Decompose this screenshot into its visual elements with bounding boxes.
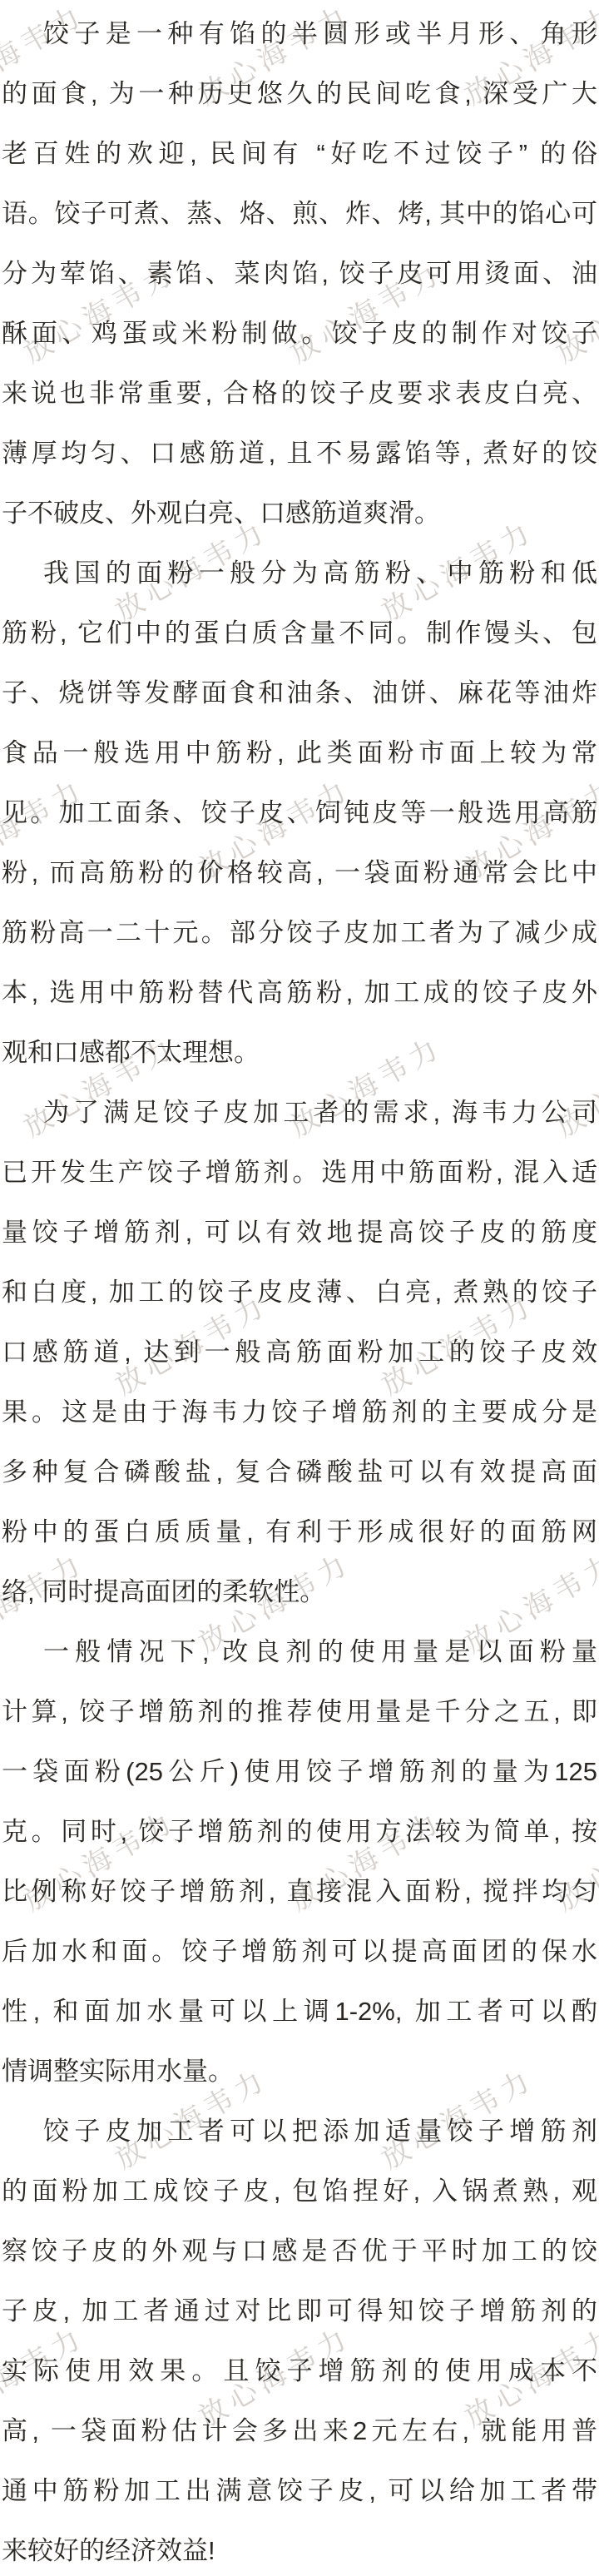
text-line: 来说也非常重要, 合格的饺子皮要求表皮白亮、 <box>2 364 597 424</box>
text-line: 一袋面粉(25公斤)使用饺子增筋剂的量为125 <box>2 1742 597 1802</box>
text-line: 饺子皮加工者可以把添加适量饺子增筋剂 <box>2 2102 597 2162</box>
text-line: 量饺子增筋剂, 可以有效地提高饺子皮的筋度 <box>2 1203 597 1263</box>
text-line: 分为荤馅、素馅、菜肉馅, 饺子皮可用烫面、油 <box>2 244 597 304</box>
text-line: 观和口感都不太理想。 <box>2 1023 597 1083</box>
text-line: 性, 和面加水量可以上调1-2%, 加工者可以酌 <box>2 1982 597 2042</box>
text-line: 果。这是由于海韦力饺子增筋剂的主要成分是 <box>2 1382 597 1442</box>
text-line: 饺子是一种有馅的半圆形或半月形、角形 <box>2 4 597 64</box>
text-line: 子皮, 加工者通过对比即可得知饺子增筋剂的 <box>2 2281 597 2341</box>
paragraph: 为了满足饺子皮加工者的需求, 海韦力公司已开发生产饺子增筋剂。选用中筋面粉, 混… <box>2 1083 597 1622</box>
text-line: 本, 选用中筋粉替代高筋粉, 加工成的饺子皮外 <box>2 963 597 1023</box>
text-line: 后加水和面。饺子增筋剂可以提高面团的保水 <box>2 1922 597 1982</box>
text-line: 计算, 饺子增筋剂的推荐使用量是千分之五, 即 <box>2 1682 597 1742</box>
text-line: 筋粉高一二十元。部分饺子皮加工者为了减少成 <box>2 903 597 963</box>
text-line: 的面粉加工成饺子皮, 包馅捏好, 入锅煮熟, 观 <box>2 2162 597 2221</box>
text-line: 粉, 而高筋粉的价格较高, 一袋面粉通常会比中 <box>2 843 597 903</box>
text-line: 通中筋粉加工出满意饺子皮, 可以给加工者带 <box>2 2461 597 2521</box>
text-line: 老百姓的欢迎, 民间有 “好吃不过饺子” 的俗 <box>2 124 597 184</box>
text-line: 筋粉, 它们中的蛋白质含量不同。制作馒头、包 <box>2 603 597 663</box>
text-line: 酥面、鸡蛋或米粉制做。饺子皮的制作对饺子 <box>2 304 597 364</box>
text-line: 察饺子皮的外观与口感是否优于平时加工的饺 <box>2 2221 597 2281</box>
article-body: 饺子是一种有馅的半圆形或半月形、角形的面食, 为一种历史悠久的民间吃食, 深受广… <box>0 0 599 2576</box>
text-line: 为了满足饺子皮加工者的需求, 海韦力公司 <box>2 1083 597 1143</box>
paragraph: 我国的面粉一般分为高筋粉、中筋粉和低筋粉, 它们中的蛋白质含量不同。制作馒头、包… <box>2 543 597 1083</box>
text-line: 和白度, 加工的饺子皮皮薄、白亮, 煮熟的饺子 <box>2 1263 597 1323</box>
paragraph: 一般情况下, 改良剂的使用量是以面粉量计算, 饺子增筋剂的推荐使用量是千分之五,… <box>2 1622 597 2102</box>
text-line: 已开发生产饺子增筋剂。选用中筋面粉, 混入适 <box>2 1143 597 1203</box>
text-line: 子、烧饼等发酵面食和油条、油饼、麻花等油炸 <box>2 663 597 723</box>
text-line: 子不破皮、外观白亮、口感筋道爽滑。 <box>2 484 597 543</box>
text-line: 口感筋道, 达到一般高筋面粉加工的饺子皮效 <box>2 1323 597 1382</box>
text-line: 实际使用效果。且饺子增筋剂的使用成本不 <box>2 2341 597 2401</box>
text-line: 见。加工面条、饺子皮、饲钝皮等一般选用高筋 <box>2 783 597 843</box>
text-line: 克。同时, 饺子增筋剂的使用方法较为简单, 按 <box>2 1802 597 1862</box>
text-line: 高, 一袋面粉估计会多出来2元左右, 就能用普 <box>2 2401 597 2461</box>
paragraph: 饺子皮加工者可以把添加适量饺子增筋剂的面粉加工成饺子皮, 包馅捏好, 入锅煮熟,… <box>2 2102 597 2576</box>
article-page: 放心海韦力放心海韦力放心海韦力放心海韦力放心海韦力放心海韦力放心海韦力放心海韦力… <box>0 0 599 2576</box>
text-line: 语。饺子可煮、蒸、烙、煎、炸、烤, 其中的馅心可 <box>2 184 597 244</box>
text-line: 粉中的蛋白质质量, 有利于形成很好的面筋网 <box>2 1502 597 1562</box>
text-line: 我国的面粉一般分为高筋粉、中筋粉和低 <box>2 543 597 603</box>
text-line: 比例称好饺子增筋剂, 直接混入面粉, 搅拌均匀 <box>2 1862 597 1922</box>
text-line: 来较好的经济效益! <box>2 2521 597 2576</box>
text-line: 食品一般选用中筋粉, 此类面粉市面上较为常 <box>2 723 597 783</box>
paragraph: 饺子是一种有馅的半圆形或半月形、角形的面食, 为一种历史悠久的民间吃食, 深受广… <box>2 4 597 543</box>
text-line: 一般情况下, 改良剂的使用量是以面粉量 <box>2 1622 597 1682</box>
text-line: 情调整实际用水量。 <box>2 2042 597 2102</box>
text-line: 络, 同时提高面团的柔软性。 <box>2 1562 597 1622</box>
text-line: 多种复合磷酸盐, 复合磷酸盐可以有效提高面 <box>2 1442 597 1502</box>
text-line: 薄厚均匀、口感筋道, 且不易露馅等, 煮好的饺 <box>2 424 597 484</box>
text-line: 的面食, 为一种历史悠久的民间吃食, 深受广大 <box>2 64 597 124</box>
